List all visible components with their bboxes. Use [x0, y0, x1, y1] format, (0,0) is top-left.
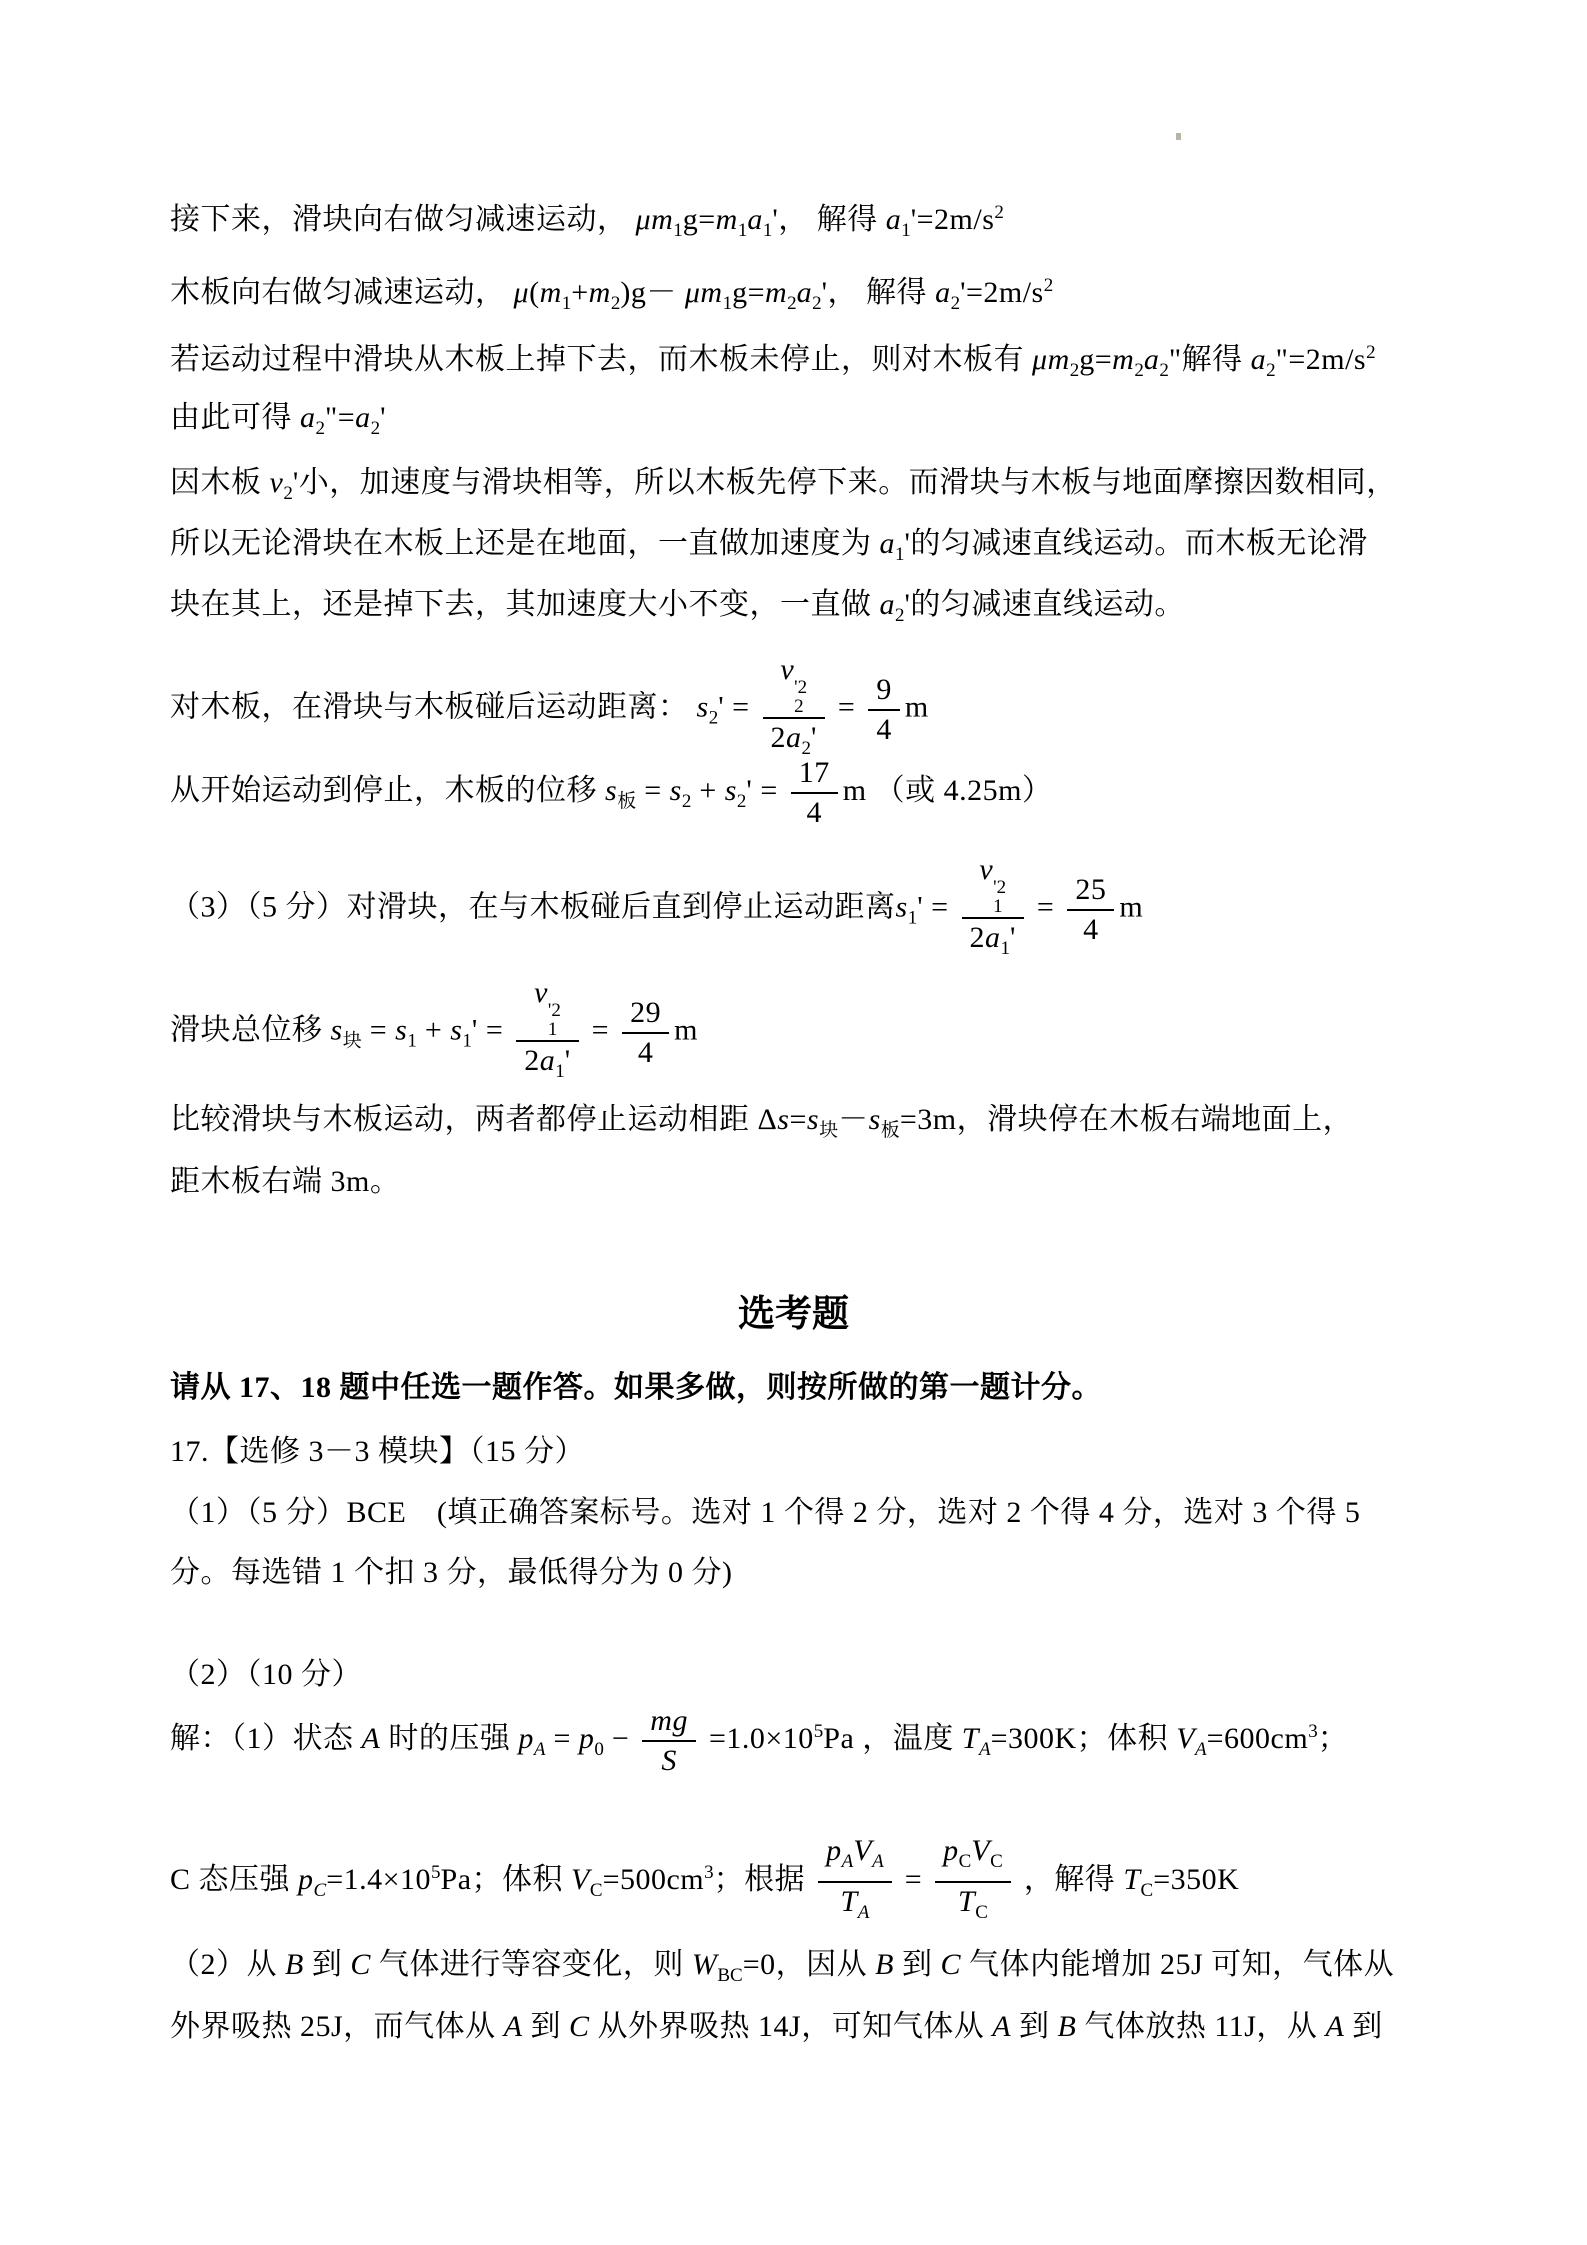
fraction: pCVCTC: [935, 1833, 1011, 1931]
line-board-stops-first: 因木板 v2'小，加速度与滑块相等，所以木板先停下来。而滑块与木板与地面摩擦因数…: [170, 463, 1397, 514]
stacked-sub-sup: '21: [548, 1001, 561, 1039]
fraction: v'222a2': [763, 652, 825, 767]
formula-state-A: 解：（1）状态 A 时的压强 pA = p0 − mgS =1.0×105Pa …: [170, 1703, 1348, 1779]
fraction: v'212a1': [516, 975, 578, 1090]
line-compare-motion: 比较滑块与木板运动，两者都停止运动相距 Δs=s块－s板=3m，滑块停在木板右端…: [170, 1100, 1353, 1151]
line-instruction: 请从 17、18 题中任选一题作答。如果多做，则按所做的第一题计分。: [170, 1368, 1102, 1408]
line-q17-part1-answer: （1）（5 分）BCE (填正确答案标号。选对 1 个得 2 分，选对 2 个得…: [170, 1493, 1360, 1533]
line-distance-3m: 距木板右端 3m。: [170, 1162, 400, 1202]
fraction: pAVATA: [818, 1833, 892, 1931]
line-q17-part2-solution-2: 外界吸热 25J，而气体从 A 到 C 从外界吸热 14J，可知气体从 A 到 …: [170, 2007, 1383, 2047]
line-q17-part2-label: （2）（10 分）: [170, 1655, 362, 1695]
stacked-sub-sup: '21: [993, 878, 1006, 916]
stacked-sub-sup: '22: [794, 678, 807, 716]
line-slider-decel: 接下来，滑块向右做匀减速运动， μm1g=m1a1'， 解得 a1'=2m/s2: [170, 193, 1004, 251]
line-q17-part1-answer-cont: 分。每选错 1 个扣 3 分，最低得分为 0 分): [170, 1553, 733, 1593]
line-a2-equality: 由此可得 a2"=a2': [170, 398, 386, 449]
page-artifact-dot: [1176, 133, 1181, 140]
line-q17-title: 17.【选修 3－3 模块】（15 分）: [170, 1432, 585, 1472]
line-board-decel: 木板向右做匀减速运动， μ(m1+m2)g－ μm1g=m2a2'， 解得 a2…: [170, 266, 1053, 324]
section-heading-optional-questions: 选考题: [0, 1292, 1587, 1338]
fraction: 94: [868, 672, 900, 748]
fraction: mgS: [642, 1703, 696, 1779]
formula-board-distance: 对木板，在滑块与木板碰后运动距离： s2' = v'222a2' = 94m: [170, 652, 929, 767]
formula-board-total-disp: 从开始运动到停止，木板的位移 s板 = s2 + s2' = 174m （或 4…: [170, 755, 1052, 831]
document-page: 接下来，滑块向右做匀减速运动， μm1g=m1a1'， 解得 a1'=2m/s2…: [0, 0, 1587, 2245]
formula-slider-total-disp: 滑块总位移 s块 = s1 + s1' = v'212a1' = 294m: [170, 975, 698, 1090]
formula-slider-distance: （3）（5 分）对滑块，在与木板碰后直到停止运动距离s1' = v'212a1'…: [170, 852, 1143, 967]
line-slider-falls-off: 若运动过程中滑块从木板上掉下去，而木板未停止，则对木板有 μm2g=m2a2"解…: [170, 333, 1376, 391]
fraction: 174: [791, 755, 838, 831]
line-uniform-decel-1: 所以无论滑块在木板上还是在地面，一直做加速度为 a1'的匀减速直线运动。而木板无…: [170, 524, 1368, 575]
fraction: v'212a1': [962, 852, 1024, 967]
formula-state-C: C 态压强 pC=1.4×105Pa；体积 VC=500cm3；根据 pAVAT…: [170, 1833, 1239, 1931]
fraction: 294: [622, 995, 669, 1071]
line-uniform-decel-2: 块在其上，还是掉下去，其加速度大小不变，一直做 a2'的匀减速直线运动。: [170, 585, 1185, 636]
line-q17-part2-solution-1: （2）从 B 到 C 气体进行等容变化，则 WBC=0，因从 B 到 C 气体内…: [170, 1945, 1394, 1996]
fraction: 254: [1067, 872, 1114, 948]
